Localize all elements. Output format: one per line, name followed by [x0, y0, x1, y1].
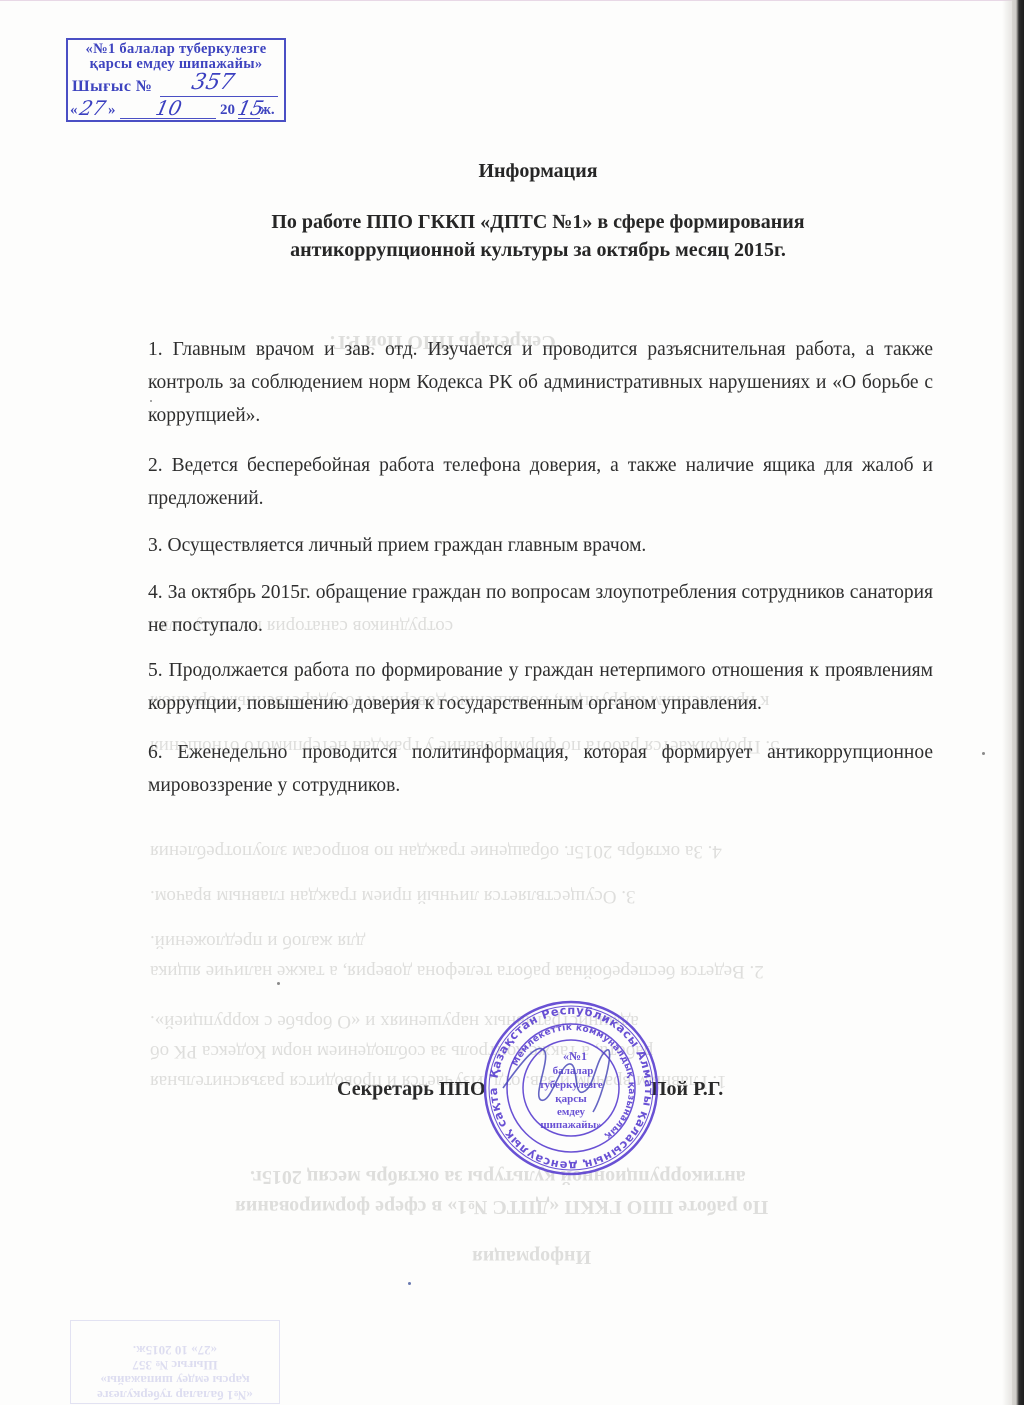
- bleed-through-text: 2. Ведется бесперебойная работа телефона…: [150, 960, 764, 982]
- stamp-quote-open: «: [70, 102, 78, 119]
- paragraph-6: 6. Еженедельно проводится политинформаци…: [148, 736, 933, 802]
- bleed-through-text: По работе ППО ГККП «ДПТС №1» в сфере фор…: [235, 1195, 768, 1218]
- signature-role: Секретарь ППО: [337, 1078, 486, 1101]
- bleed-through-text: Информация: [472, 1245, 591, 1268]
- paragraph-1: 1. Главным врачом и зав. отд. Изучается …: [148, 333, 933, 432]
- paragraph-3: 3. Осуществляется личный прием граждан г…: [148, 529, 933, 562]
- seal-center-line-3: туберкулезге: [539, 1079, 603, 1091]
- seal-center-line-4: қарсы: [555, 1093, 587, 1105]
- scan-speck: [277, 982, 280, 985]
- paragraph-2: 2. Ведется бесперебойная работа телефона…: [148, 449, 933, 515]
- stamp-date-row: « 27 » 10 20 15 ж.: [70, 100, 282, 120]
- stamp-quote-close: »: [108, 102, 116, 119]
- stamp-outgoing-number: 357: [189, 70, 236, 95]
- stamp-year-prefix: 20: [220, 102, 235, 119]
- scan-speck: [150, 400, 152, 402]
- seal-center-line-1: «№1: [563, 1049, 587, 1063]
- stamp-year-end: ж.: [260, 102, 275, 119]
- subtitle-line-2: антикоррупционной культуры за октябрь ме…: [200, 236, 876, 264]
- stamp-month: 10: [153, 96, 184, 120]
- scan-edge: [1012, 0, 1024, 1405]
- document-title: Информация: [0, 160, 1024, 183]
- seal-center-line-5: емдеу: [557, 1106, 586, 1118]
- stamp-org-line-1: «№1 балалар туберкулезге: [72, 42, 280, 57]
- signature-name: Пой Р.Г.: [651, 1078, 723, 1101]
- scan-speck: [982, 752, 985, 755]
- seal-center-line-6: шипажайы»: [540, 1119, 601, 1131]
- stamp-org-line-2: қарсы емдеу шипажайы»: [72, 57, 280, 72]
- paragraph-4: 4. За октябрь 2015г. обращение граждан п…: [148, 576, 933, 642]
- registration-stamp: «№1 балалар туберкулезге қарсы емдеу шип…: [66, 38, 286, 122]
- official-round-seal: Қазақстан Республикасы Алматы қаласының …: [483, 1000, 659, 1176]
- subtitle-line-1: По работе ППО ГККП «ДПТС №1» в сфере фор…: [200, 208, 876, 236]
- paragraph-5: 5. Продолжается работа по формирование у…: [148, 654, 933, 720]
- stamp-outgoing-label: Шығыс №: [72, 78, 153, 96]
- bleed-through-text: для жалоб и предложений.: [150, 930, 365, 952]
- scan-speck: [408, 1282, 411, 1285]
- bleed-through-stamp: «№1 балалар туберкулезгеқарсы емдеу шипа…: [70, 1320, 280, 1404]
- document-body: 1. Главным врачом и зав. отд. Изучается …: [148, 333, 933, 817]
- scan-edge-shadow: [1002, 0, 1012, 1405]
- stamp-day: 27: [77, 96, 108, 120]
- document-subtitle: По работе ППО ГККП «ДПТС №1» в сфере фор…: [200, 208, 876, 264]
- bleed-through-text: 3. Осуществляется личный прием граждан г…: [150, 885, 636, 907]
- bleed-through-text: 4. За октябрь 2015г. обращение граждан п…: [150, 840, 722, 862]
